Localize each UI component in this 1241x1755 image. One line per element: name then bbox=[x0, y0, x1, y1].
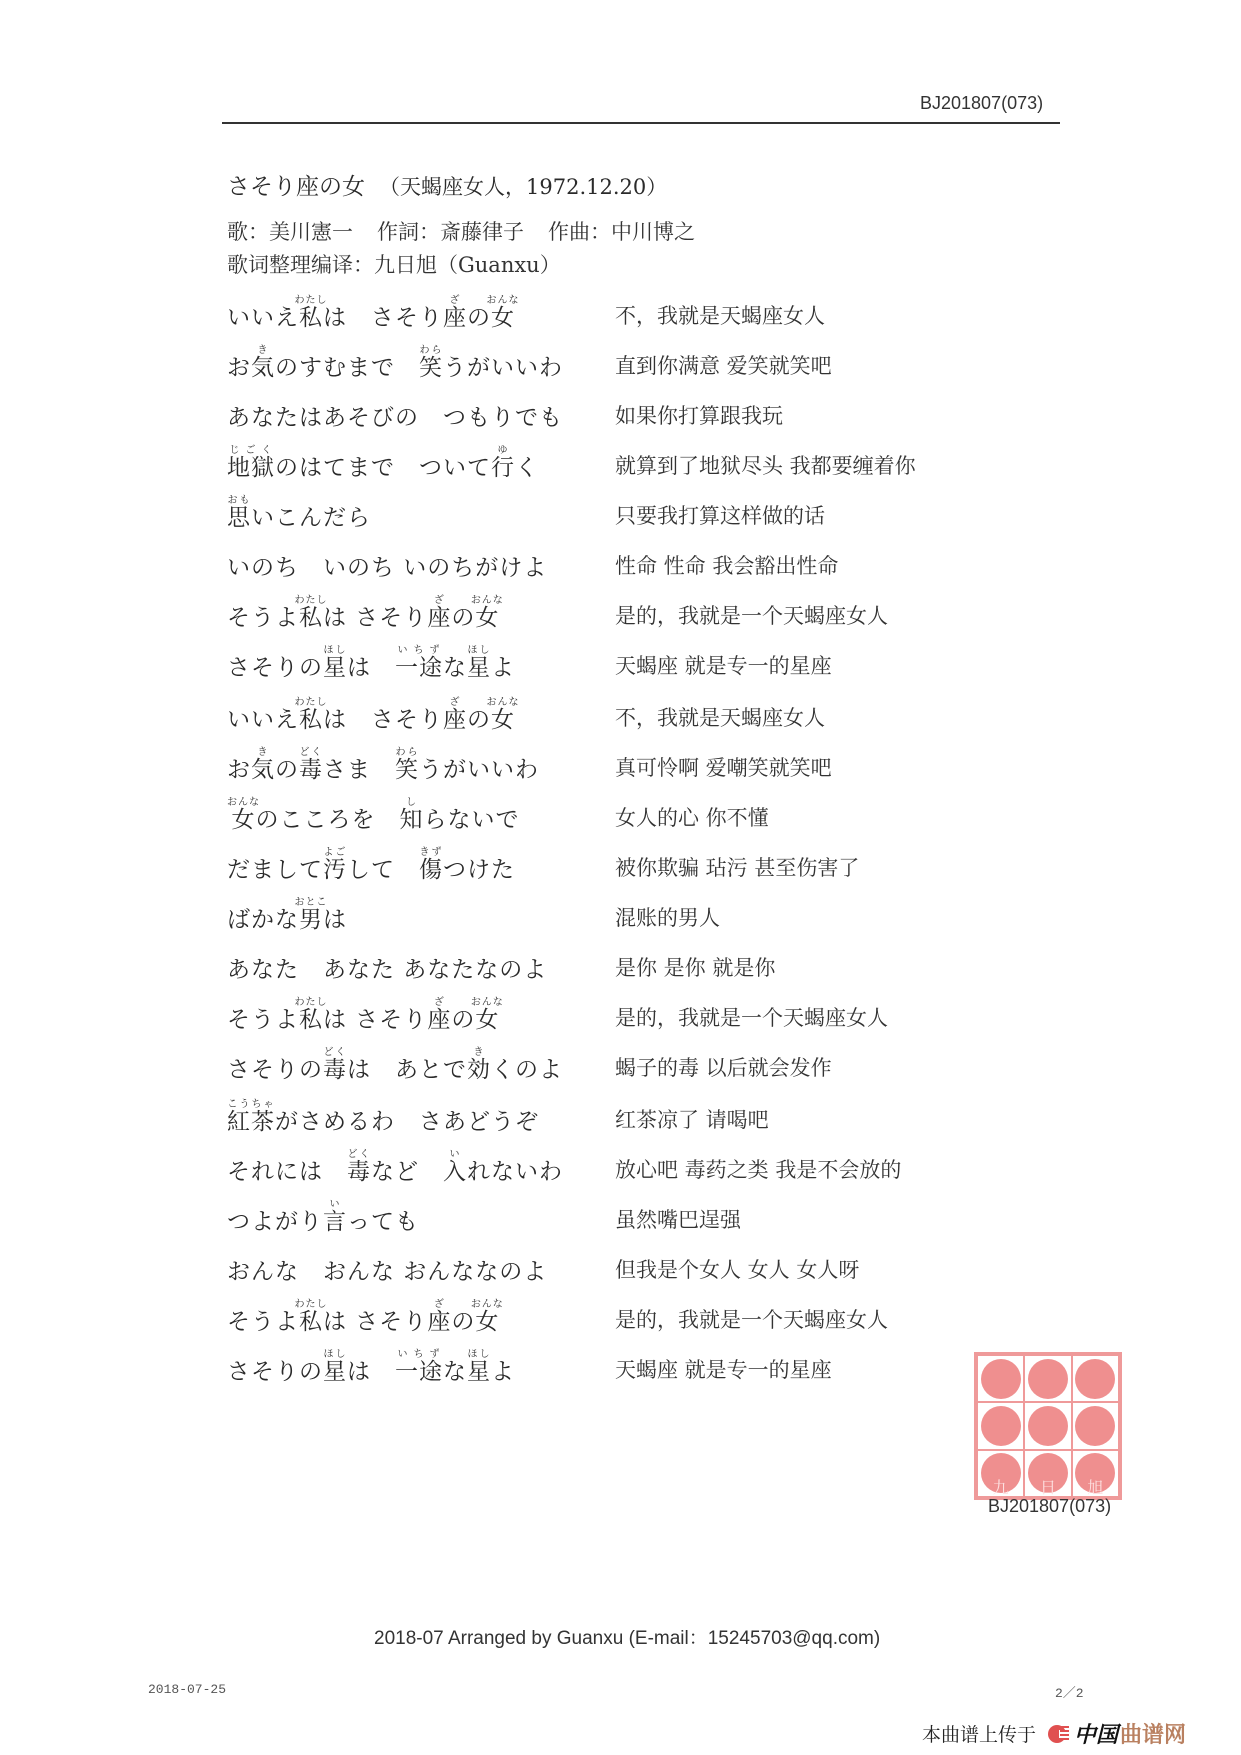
chinese-translation: 是的，我就是一个天蝎座女人 bbox=[615, 1304, 888, 1334]
lyric-line: 女おんなのこころを 知しらないで女人的心 你不懂 bbox=[227, 790, 1027, 840]
lyric-line: そうよ私わたしは さそり座ざの女おんな是的，我就是一个天蝎座女人 bbox=[227, 1292, 1027, 1342]
chinese-translation: 蝎子的毒 以后就会发作 bbox=[615, 1052, 832, 1082]
furigana: きず bbox=[419, 847, 443, 858]
furigana: わたし bbox=[295, 997, 328, 1008]
kana-text: いいえ bbox=[227, 305, 299, 331]
kana-text: のすむまで bbox=[275, 355, 419, 381]
kana-text: いいえ bbox=[227, 707, 299, 733]
kanji-with-furigana: 女おんな bbox=[227, 807, 256, 833]
chinese-translation: 红茶凉了 请喝吧 bbox=[615, 1104, 769, 1134]
kanji-with-furigana: 私わたし bbox=[299, 707, 323, 733]
furigana: おも bbox=[227, 495, 251, 506]
kana-text: のこころを bbox=[256, 807, 400, 833]
furigana: ざ bbox=[427, 997, 451, 1008]
japanese-lyric: 紅茶こうちゃがさめるわ さあどうぞ bbox=[227, 1099, 539, 1136]
japanese-lyric: そうよ私わたしは さそり座ざの女おんな bbox=[227, 997, 504, 1034]
song-credits: 歌：美川憲一作詞：斎藤律子作曲：中川博之 歌词整理编译：九日旭（Guanxu） bbox=[227, 216, 719, 282]
chinese-translation: 但我是个女人 女人 女人呀 bbox=[615, 1254, 859, 1284]
kanji-with-furigana: 地獄じごく bbox=[227, 455, 275, 481]
lyric-line: 地獄じごくのはてまで ついて行ゆく就算到了地狱尽头 我都要缠着你 bbox=[227, 438, 1027, 488]
lyric-line: お気きの毒どくさま 笑わらうがいいわ真可怜啊 爱嘲笑就笑吧 bbox=[227, 740, 1027, 790]
furigana: おんな bbox=[471, 997, 504, 1008]
japanese-lyric: いいえ私わたしは さそり座ざの女おんな bbox=[227, 697, 520, 734]
japanese-lyric: さそりの毒どくは あとで効きくのよ bbox=[227, 1047, 563, 1084]
chinese-translation: 性命 性命 我会豁出性命 bbox=[615, 550, 838, 580]
seal-cell bbox=[977, 1355, 1024, 1402]
kanji-with-furigana: 紅茶こうちゃ bbox=[227, 1109, 275, 1135]
furigana: ほし bbox=[467, 645, 491, 656]
seal-cell bbox=[1024, 1355, 1071, 1402]
kanji-with-furigana: 効き bbox=[467, 1057, 491, 1083]
japanese-lyric: ばかな男おとこは bbox=[227, 897, 347, 934]
furigana: ほし bbox=[323, 1349, 347, 1360]
kanji-with-furigana: 星ほし bbox=[323, 1359, 347, 1385]
lyric-line: さそりの星ほしは 一途いちずな星ほしよ天蝎座 就是专一的星座 bbox=[227, 1342, 1027, 1392]
kanji-with-furigana: 星ほし bbox=[323, 655, 347, 681]
chinese-translation: 放心吧 毒药之类 我是不会放的 bbox=[615, 1154, 901, 1184]
lyric-line: いいえ私わたしは さそり座ざの女おんな不，我就是天蝎座女人 bbox=[227, 288, 1027, 338]
japanese-lyric: だまして汚よごして 傷きずつけた bbox=[227, 847, 515, 884]
kanji-with-furigana: 入い bbox=[443, 1159, 467, 1185]
kana-text: らないで bbox=[424, 807, 520, 833]
lyric-line: 紅茶こうちゃがさめるわ さあどうぞ红茶凉了 请喝吧 bbox=[227, 1092, 1027, 1142]
kanji-with-furigana: 女おんな bbox=[491, 305, 520, 331]
japanese-lyric: お気きのすむまで 笑わらうがいいわ bbox=[227, 345, 563, 382]
kanji-with-furigana: 毒どく bbox=[347, 1159, 371, 1185]
lyric-line: お気きのすむまで 笑わらうがいいわ直到你满意 爱笑就笑吧 bbox=[227, 338, 1027, 388]
kana-text: そうよ bbox=[227, 1007, 299, 1033]
footer-date: 2018-07-25 bbox=[148, 1682, 226, 1697]
lyric-line: あなたはあそびの つもりでも如果你打算跟我玩 bbox=[227, 388, 1027, 438]
kana-text: うがいいわ bbox=[419, 757, 539, 783]
title-japanese: さそり座の女 bbox=[227, 174, 365, 200]
verse-3: 紅茶こうちゃがさめるわ さあどうぞ红茶凉了 请喝吧それには 毒どくなど 入いれな… bbox=[227, 1092, 1027, 1392]
kana-text: など bbox=[371, 1159, 443, 1185]
kana-text: お bbox=[227, 355, 251, 381]
furigana: わたし bbox=[295, 697, 328, 708]
kana-text: うがいいわ bbox=[443, 355, 563, 381]
upload-text: 本曲谱上传于 bbox=[922, 1720, 1036, 1747]
chinese-translation: 是的，我就是一个天蝎座女人 bbox=[615, 1002, 888, 1032]
japanese-lyric: いいえ私わたしは さそり座ざの女おんな bbox=[227, 295, 520, 332]
chinese-translation: 如果你打算跟我玩 bbox=[615, 400, 783, 430]
furigana: き bbox=[467, 1047, 491, 1058]
furigana: き bbox=[251, 345, 275, 356]
kanji-with-furigana: 座ざ bbox=[427, 1007, 451, 1033]
kana-text: は さそり bbox=[323, 707, 443, 733]
lyric-line: そうよ私わたしは さそり座ざの女おんな是的，我就是一个天蝎座女人 bbox=[227, 990, 1027, 1040]
furigana: どく bbox=[347, 1149, 371, 1160]
kana-text: さそりの bbox=[227, 1359, 323, 1385]
seal-dot-icon bbox=[981, 1406, 1021, 1446]
kana-text: そうよ bbox=[227, 605, 299, 631]
seal-cell: 日 bbox=[1024, 1450, 1071, 1497]
kanji-with-furigana: 一途いちず bbox=[395, 1359, 443, 1385]
furigana: どく bbox=[323, 1047, 347, 1058]
kana-text: つよがり bbox=[227, 1209, 323, 1235]
lyric-line: さそりの毒どくは あとで効きくのよ蝎子的毒 以后就会发作 bbox=[227, 1040, 1027, 1090]
kanji-with-furigana: 女おんな bbox=[475, 1309, 504, 1335]
seal-cell bbox=[1072, 1402, 1119, 1449]
kana-text: な bbox=[443, 655, 467, 681]
chinese-translation: 女人的心 你不懂 bbox=[615, 802, 769, 832]
kana-text: は さそり bbox=[323, 1309, 427, 1335]
seal-cell bbox=[1072, 1355, 1119, 1402]
kanji-with-furigana: 毒どく bbox=[299, 757, 323, 783]
kana-text: おんな おんな おんななのよ bbox=[227, 1259, 547, 1285]
lyric-line: さそりの星ほしは 一途いちずな星ほしよ天蝎座 就是专一的星座 bbox=[227, 638, 1027, 688]
chinese-translation: 不，我就是天蝎座女人 bbox=[615, 300, 825, 330]
song-title: さそり座の女（天蝎座女人，1972.12.20） bbox=[227, 168, 667, 201]
lyric-line: だまして汚よごして 傷きずつけた被你欺骗 玷污 甚至伤害了 bbox=[227, 840, 1027, 890]
furigana: わら bbox=[419, 345, 443, 356]
seal-cell bbox=[977, 1402, 1024, 1449]
lyric-line: そうよ私わたしは さそり座ざの女おんな是的，我就是一个天蝎座女人 bbox=[227, 588, 1027, 638]
japanese-lyric: 女おんなのこころを 知しらないで bbox=[227, 797, 520, 834]
japanese-lyric: さそりの星ほしは 一途いちずな星ほしよ bbox=[227, 645, 515, 682]
chinese-translation: 虽然嘴巴逞强 bbox=[615, 1204, 741, 1234]
kana-text: のはてまで ついて bbox=[275, 455, 491, 481]
kana-text: っても bbox=[347, 1209, 419, 1235]
composer-credit: 作曲：中川博之 bbox=[548, 220, 695, 244]
kana-text: それには bbox=[227, 1159, 347, 1185]
chinese-translation: 真可怜啊 爱嘲笑就笑吧 bbox=[615, 752, 832, 782]
kana-text: そうよ bbox=[227, 1309, 299, 1335]
furigana: し bbox=[400, 797, 424, 808]
kanji-with-furigana: 傷きず bbox=[419, 857, 443, 883]
furigana: どく bbox=[299, 747, 323, 758]
kana-text: は さそり bbox=[323, 605, 427, 631]
furigana: じごく bbox=[227, 445, 275, 456]
kana-text: は bbox=[347, 655, 395, 681]
chinese-translation: 直到你满意 爱笑就笑吧 bbox=[615, 350, 832, 380]
kana-text: ばかな bbox=[227, 907, 299, 933]
kana-text: く bbox=[515, 455, 539, 481]
kana-text: は bbox=[347, 1359, 395, 1385]
japanese-lyric: そうよ私わたしは さそり座ざの女おんな bbox=[227, 1299, 504, 1336]
lyricist-credit: 作詞：斎藤律子 bbox=[377, 220, 524, 244]
title-chinese: （天蝎座女人，1972.12.20） bbox=[379, 175, 667, 199]
arrangement-credit: 2018-07 Arranged by Guanxu (E-mail：15245… bbox=[374, 1623, 880, 1650]
kanji-with-furigana: 気き bbox=[251, 757, 275, 783]
kana-text: して bbox=[347, 857, 419, 883]
furigana: い bbox=[323, 1199, 347, 1210]
kana-text: は さそり bbox=[323, 1007, 427, 1033]
verse-1: いいえ私わたしは さそり座ざの女おんな不，我就是天蝎座女人お気きのすむまで 笑わ… bbox=[227, 288, 1027, 688]
furigana: ざ bbox=[443, 295, 467, 306]
logo-text-site[interactable]: 曲谱网 bbox=[1120, 1718, 1186, 1749]
furigana: こうちゃ bbox=[227, 1099, 275, 1110]
seal-cell bbox=[1024, 1402, 1071, 1449]
kanji-with-furigana: 星ほし bbox=[467, 1359, 491, 1385]
japanese-lyric: 思おもいこんだら bbox=[227, 495, 371, 532]
seal-dot-icon bbox=[1075, 1359, 1115, 1399]
furigana: ほし bbox=[467, 1349, 491, 1360]
kanji-with-furigana: 女おんな bbox=[475, 1007, 504, 1033]
kanji-with-furigana: 毒どく bbox=[323, 1057, 347, 1083]
chinese-translation: 只要我打算这样做的话 bbox=[615, 500, 825, 530]
furigana: ゆ bbox=[491, 445, 515, 456]
kana-text: な bbox=[443, 1359, 467, 1385]
japanese-lyric: お気きの毒どくさま 笑わらうがいいわ bbox=[227, 747, 539, 784]
kana-text: は bbox=[323, 907, 347, 933]
chinese-translation: 混账的男人 bbox=[615, 902, 720, 932]
lyric-line: 思おもいこんだら只要我打算这样做的话 bbox=[227, 488, 1027, 538]
furigana: き bbox=[251, 747, 275, 758]
seal-cell: 九 bbox=[977, 1450, 1024, 1497]
furigana: おんな bbox=[471, 595, 504, 606]
seal-char: 日 bbox=[1025, 1475, 1070, 1498]
furigana: ざ bbox=[443, 697, 467, 708]
furigana: ざ bbox=[427, 1299, 451, 1310]
kanji-with-furigana: 気き bbox=[251, 355, 275, 381]
kanji-with-furigana: 男おとこ bbox=[299, 907, 323, 933]
furigana: おんな bbox=[227, 797, 260, 808]
furigana: わら bbox=[395, 747, 419, 758]
furigana: おとこ bbox=[295, 897, 328, 908]
chinese-translation: 被你欺骗 玷污 甚至伤害了 bbox=[615, 852, 859, 882]
kanji-with-furigana: 一途いちず bbox=[395, 655, 443, 681]
kanji-with-furigana: 女おんな bbox=[475, 605, 504, 631]
upload-watermark: 本曲谱上传于 中国 曲谱网 bbox=[922, 1718, 1186, 1749]
kana-text: あなたはあそびの つもりでも bbox=[227, 405, 563, 431]
furigana: おんな bbox=[471, 1299, 504, 1310]
seal-dot-icon bbox=[1028, 1359, 1068, 1399]
kana-text: あなた あなた あなたなのよ bbox=[227, 957, 547, 983]
lyric-line: おんな おんな おんななのよ但我是个女人 女人 女人呀 bbox=[227, 1242, 1027, 1292]
logo-text-china[interactable]: 中国 bbox=[1074, 1718, 1118, 1749]
furigana: おんな bbox=[487, 697, 520, 708]
japanese-lyric: さそりの星ほしは 一途いちずな星ほしよ bbox=[227, 1349, 515, 1386]
japanese-lyric: それには 毒どくなど 入いれないわ bbox=[227, 1149, 563, 1186]
japanese-lyric: あなたはあそびの つもりでも bbox=[227, 399, 563, 432]
japanese-lyric: そうよ私わたしは さそり座ざの女おんな bbox=[227, 595, 504, 632]
document-code: BJ201807(073) bbox=[920, 93, 1043, 114]
kanji-with-furigana: 知し bbox=[400, 807, 424, 833]
kana-text: さそりの bbox=[227, 655, 323, 681]
furigana: わたし bbox=[295, 1299, 328, 1310]
kana-text: さそりの bbox=[227, 1057, 323, 1083]
lyric-line: つよがり言いっても虽然嘴巴逞强 bbox=[227, 1192, 1027, 1242]
japanese-lyric: いのち いのち いのちがけよ bbox=[227, 549, 547, 582]
furigana: ほし bbox=[323, 645, 347, 656]
chinese-translation: 是你 是你 就是你 bbox=[615, 952, 775, 982]
seal-dot-icon bbox=[1028, 1406, 1068, 1446]
chinese-translation: 天蝎座 就是专一的星座 bbox=[615, 650, 832, 680]
kana-text: は さそり bbox=[323, 305, 443, 331]
lyric-line: いのち いのち いのちがけよ性命 性命 我会豁出性命 bbox=[227, 538, 1027, 588]
kanji-with-furigana: 座ざ bbox=[427, 605, 451, 631]
japanese-lyric: 地獄じごくのはてまで ついて行ゆく bbox=[227, 445, 539, 482]
kanji-with-furigana: 思おも bbox=[227, 505, 251, 531]
kanji-with-furigana: 私わたし bbox=[299, 605, 323, 631]
singer-credit: 歌：美川憲一 bbox=[227, 220, 353, 244]
header-divider bbox=[222, 122, 1060, 124]
kana-text: さま bbox=[323, 757, 395, 783]
lyric-line: あなた あなた あなたなのよ是你 是你 就是你 bbox=[227, 940, 1027, 990]
seal-code: BJ201807(073) bbox=[988, 1496, 1111, 1517]
seal-dot-icon bbox=[1075, 1406, 1115, 1446]
lyric-line: ばかな男おとこは混账的男人 bbox=[227, 890, 1027, 940]
furigana: いちず bbox=[395, 645, 443, 656]
arranger-credit: 歌词整理编译：九日旭（Guanxu） bbox=[227, 249, 719, 282]
music-score-logo-icon bbox=[1048, 1723, 1070, 1745]
kana-text: だまして bbox=[227, 857, 323, 883]
japanese-lyric: あなた あなた あなたなのよ bbox=[227, 951, 547, 984]
kanji-with-furigana: 星ほし bbox=[467, 655, 491, 681]
credits-line-1: 歌：美川憲一作詞：斎藤律子作曲：中川博之 bbox=[227, 216, 719, 249]
kanji-with-furigana: 行ゆ bbox=[491, 455, 515, 481]
seal-char: 旭 bbox=[1073, 1475, 1118, 1498]
kanji-with-furigana: 汚よご bbox=[323, 857, 347, 883]
kana-text: よ bbox=[491, 1359, 515, 1385]
japanese-lyric: つよがり言いっても bbox=[227, 1199, 419, 1236]
kana-text: の bbox=[275, 757, 299, 783]
kana-text: は あとで bbox=[347, 1057, 467, 1083]
kanji-with-furigana: 私わたし bbox=[299, 1007, 323, 1033]
kanji-with-furigana: 座ざ bbox=[427, 1309, 451, 1335]
furigana: い bbox=[443, 1149, 467, 1160]
furigana: わたし bbox=[295, 595, 328, 606]
kanji-with-furigana: 言い bbox=[323, 1209, 347, 1235]
kana-text: くのよ bbox=[491, 1057, 563, 1083]
kanji-with-furigana: 座ざ bbox=[443, 707, 467, 733]
chinese-translation: 天蝎座 就是专一的星座 bbox=[615, 1354, 832, 1384]
verse-2: いいえ私わたしは さそり座ざの女おんな不，我就是天蝎座女人お気きの毒どくさま 笑… bbox=[227, 690, 1027, 1090]
seal-char: 九 bbox=[978, 1475, 1023, 1498]
chinese-translation: 就算到了地狱尽头 我都要缠着你 bbox=[615, 450, 916, 480]
seal-cell: 旭 bbox=[1072, 1450, 1119, 1497]
furigana: よご bbox=[323, 847, 347, 858]
kana-text: いこんだら bbox=[251, 505, 371, 531]
furigana: いちず bbox=[395, 1349, 443, 1360]
kana-text: がさめるわ さあどうぞ bbox=[275, 1109, 539, 1135]
kana-text: れないわ bbox=[467, 1159, 563, 1185]
kanji-with-furigana: 私わたし bbox=[299, 1309, 323, 1335]
page-number: 2／2 bbox=[1055, 1682, 1084, 1701]
kana-text: いのち いのち いのちがけよ bbox=[227, 555, 547, 581]
kana-text: つけた bbox=[443, 857, 515, 883]
kanji-with-furigana: 笑わら bbox=[419, 355, 443, 381]
lyric-line: いいえ私わたしは さそり座ざの女おんな不，我就是天蝎座女人 bbox=[227, 690, 1027, 740]
seal-dot-icon bbox=[981, 1359, 1021, 1399]
furigana: わたし bbox=[295, 295, 328, 306]
furigana: ざ bbox=[427, 595, 451, 606]
chinese-translation: 是的，我就是一个天蝎座女人 bbox=[615, 600, 888, 630]
kanji-with-furigana: 座ざ bbox=[443, 305, 467, 331]
kanji-with-furigana: 女おんな bbox=[491, 707, 520, 733]
kana-text: よ bbox=[491, 655, 515, 681]
lyric-line: それには 毒どくなど 入いれないわ放心吧 毒药之类 我是不会放的 bbox=[227, 1142, 1027, 1192]
furigana: おんな bbox=[487, 295, 520, 306]
kana-text: お bbox=[227, 757, 251, 783]
artist-seal-stamp: 九 日 旭 bbox=[974, 1352, 1122, 1500]
kanji-with-furigana: 私わたし bbox=[299, 305, 323, 331]
japanese-lyric: おんな おんな おんななのよ bbox=[227, 1253, 547, 1286]
kanji-with-furigana: 笑わら bbox=[395, 757, 419, 783]
chinese-translation: 不，我就是天蝎座女人 bbox=[615, 702, 825, 732]
